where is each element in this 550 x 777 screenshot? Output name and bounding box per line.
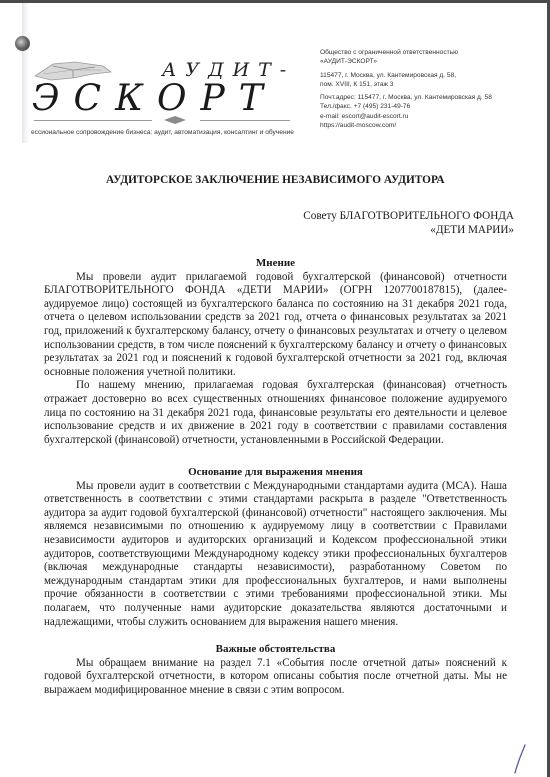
section-basis-for-opinion: Основание для выражения мнения Мы провел…: [44, 466, 507, 629]
section-heading: Мнение: [44, 257, 507, 271]
section-opinion: Мнение Мы провели аудит прилагаемой годо…: [44, 257, 507, 447]
initials-mark-icon: [510, 743, 530, 777]
addressee: Совету БЛАГОТВОРИТЕЛЬНОГО ФОНДА «ДЕТИ МА…: [303, 209, 514, 237]
company-address-line2: пом. XVIII, К 151, этаж 3: [320, 81, 393, 88]
paragraph: Мы провели аудит в соответствии с Междун…: [44, 480, 507, 630]
punch-hole-icon: [15, 36, 30, 51]
company-website: https://audit-moscow.com/: [320, 122, 396, 129]
company-logo: АУДИТ- ЭСКОРТ: [30, 58, 290, 128]
binding-strip: [22, 3, 30, 143]
section-emphasis-of-matter: Важные обстоятельства Мы обращаем вниман…: [44, 643, 507, 697]
section-heading: Основание для выражения мнения: [44, 466, 507, 480]
company-tagline: ессиональное сопровождение бизнеса: ауди…: [31, 129, 294, 136]
addressee-line2: «ДЕТИ МАРИИ»: [303, 223, 514, 237]
paragraph: Мы провели аудит прилагаемой годовой бух…: [44, 271, 507, 380]
paragraph: Мы обращаем внимание на раздел 7.1 «Собы…: [44, 657, 507, 698]
document-page: АУДИТ- ЭСКОРТ ессиональное сопровождение…: [0, 3, 547, 777]
paragraph: По нашему мнению, прилагаемая годовая бу…: [44, 379, 507, 447]
company-phone: Тел./факс. +7 (495) 231-49-76: [320, 103, 410, 110]
logo-rule-right: [200, 120, 290, 121]
logo-text-escort: ЭСКОРТ: [32, 78, 277, 119]
company-email: e-mail: escort@audit-escort.ru: [320, 113, 408, 120]
addressee-line1: Совету БЛАГОТВОРИТЕЛЬНОГО ФОНДА: [303, 209, 514, 223]
section-heading: Важные обстоятельства: [44, 643, 507, 657]
document-title: АУДИТОРСКОЕ ЗАКЛЮЧЕНИЕ НЕЗАВИСИМОГО АУДИ…: [106, 174, 445, 186]
company-name-line2: «АУДИТ-ЭСКОРТ»: [320, 58, 377, 65]
logo-rule-left: [34, 120, 152, 121]
company-postal-address: Почт.адрес: 115477, г. Москва, ул. Канте…: [320, 94, 492, 101]
company-details: Общество с ограниченной ответственностью…: [320, 48, 492, 134]
company-name-line1: Общество с ограниченной ответственностью: [320, 49, 458, 56]
company-address-line1: 115477, г. Москва, ул. Кантемировская д.…: [320, 72, 456, 79]
